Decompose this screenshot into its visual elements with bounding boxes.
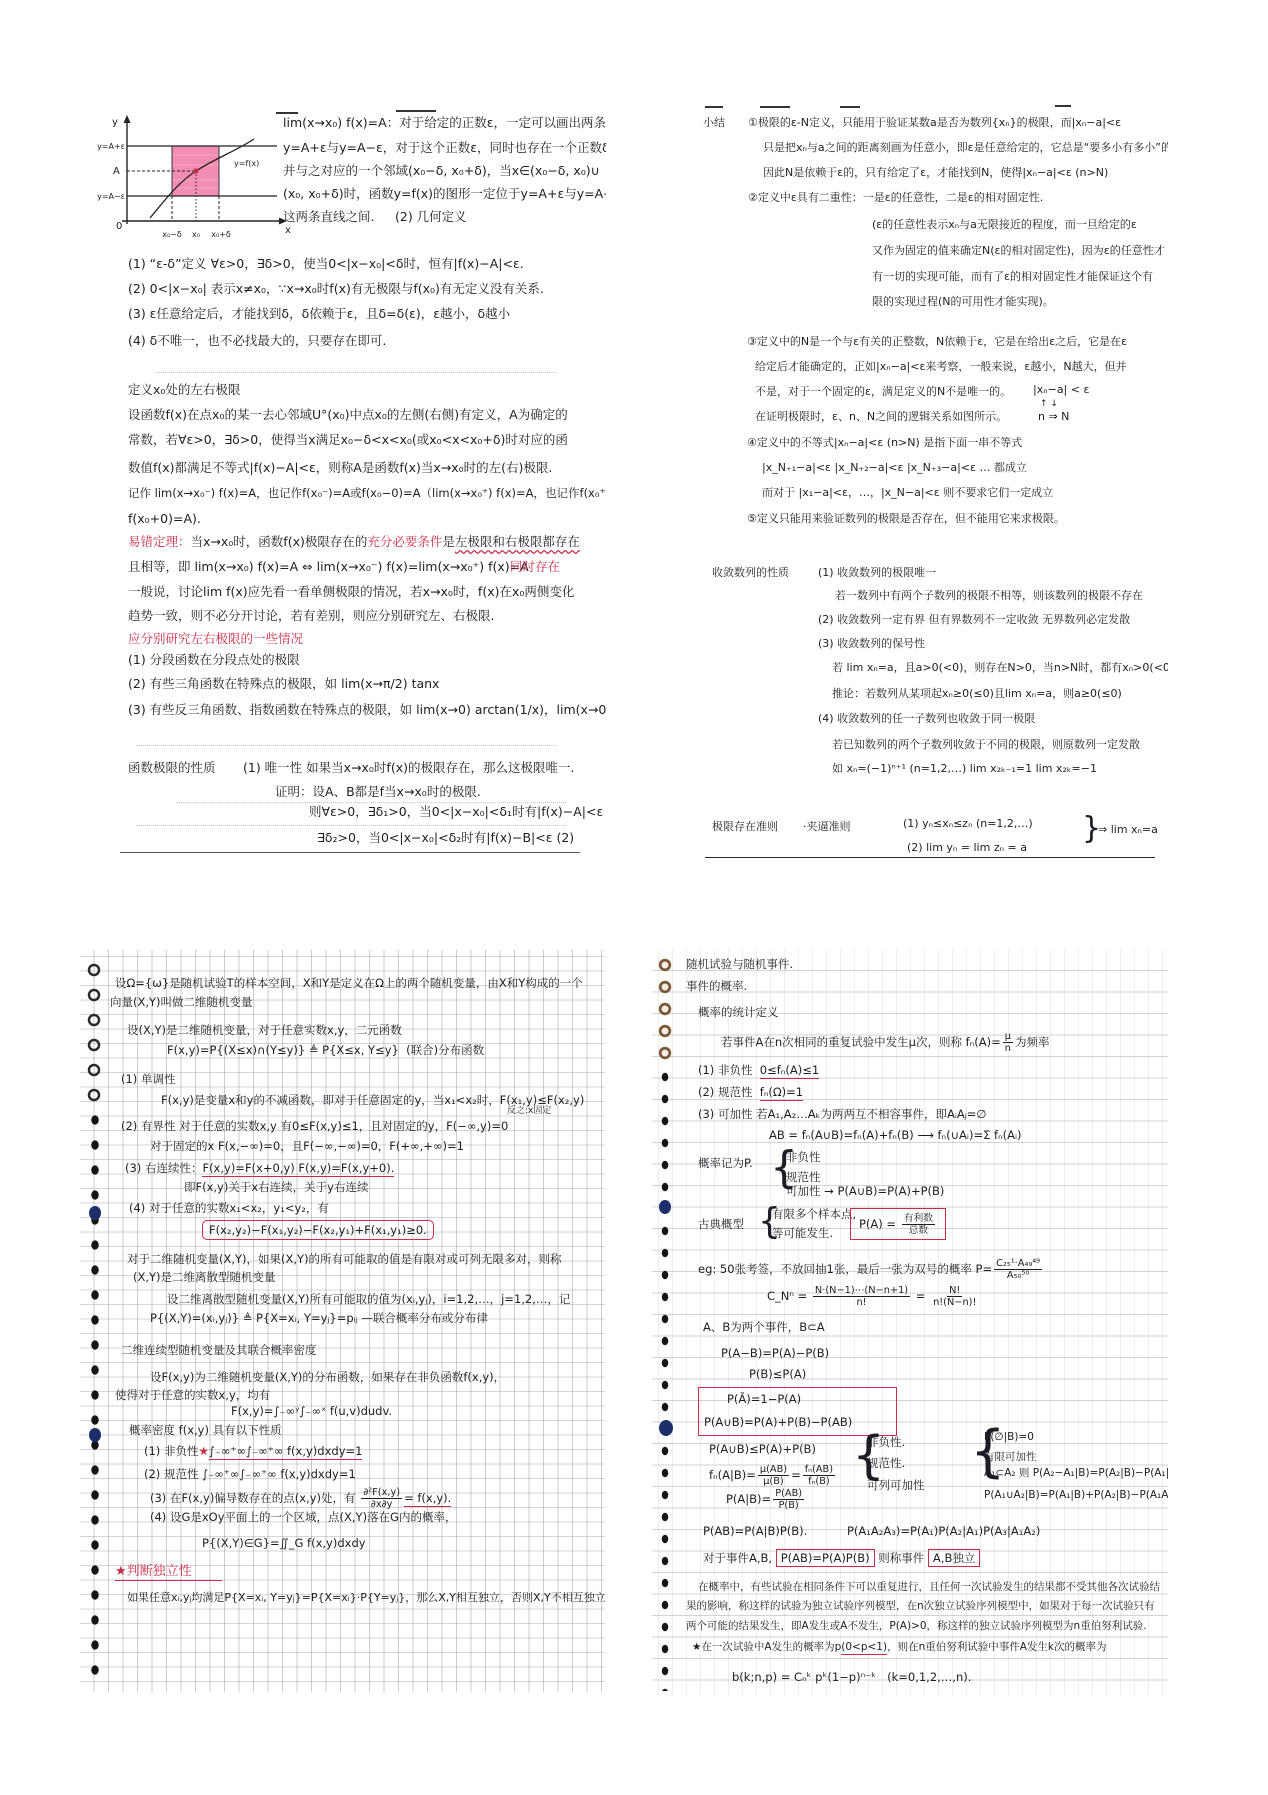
conditional-property: 可列可加性 (867, 1477, 925, 1493)
property-label: (1) 非负性 (698, 1063, 752, 1077)
proof-text: 设A、B都是f当x→x₀时的极限. (313, 784, 481, 799)
cdf-integral: F(x,y)=∫₋∞ʸ∫₋∞ˣ f(u,v)dudv. (231, 1403, 392, 1419)
additivity-formula: AB = fₙ(A∪B)=fₙ(A)+fₙ(B) ⟶ fₙ(∪Aᵢ)=Σ fₙ(… (769, 1127, 1022, 1143)
fraction-denominator: P(B) (777, 1500, 801, 1511)
bernoulli-text: ★在一次试验中A发生的概率为p (692, 1641, 841, 1653)
epsilon-delta-note: (2) 0<|x−x₀| 表示x≠x₀，∵x→x₀时f(x)有无极限与f(x₀)… (128, 281, 544, 297)
cdf-formula: F(x,y)=P{(X≤x)∩(Y≤y)} ≜ P{X≤x, Y≤y} (联合)… (167, 1042, 484, 1058)
criteria-title: 极限存在准则 (712, 819, 778, 835)
page-function-limits: y y=A+ε A y=A−ε 0 x₀−δ x₀ x₀+δ y=f(x) x … (96, 100, 606, 870)
conditional-property: 规范性. (867, 1455, 905, 1471)
limit-point (193, 168, 198, 173)
page-probability-basics: 随机试验与随机事件. 事件的概率. 概率的统计定义 若事件A在n次相同的重复试验… (652, 950, 1168, 1695)
section-title: 事件的概率. (686, 978, 747, 994)
one-sided-def-line: 数值f(x)都满足不等式|f(x)−A|<ε，则称A是函数f(x)当x→x₀时的… (128, 460, 552, 476)
summary-line: 有一切的实现可能，而有了ε的相对固定性才能保证这个有 (872, 269, 1153, 285)
combination-formula: C_Nⁿ = N·(N−1)⋯(N−n+1)n! = N!n!(N−n)! (767, 1285, 980, 1308)
star-icon: ★ (198, 1444, 208, 1458)
binding-dot-icon (89, 1206, 101, 1220)
scan-mark (760, 106, 790, 108)
property-formula: fₙ(Ω)=1 (760, 1085, 803, 1101)
logic-diagram-vars: n ⇒ N (1038, 409, 1069, 425)
properties-title: 函数极限的性质 (128, 760, 216, 776)
intro-line: 设Ω={ω}是随机试验T的样本空间，X和Y是定义在Ω上的两个随机变量，由X和Y构… (115, 975, 583, 991)
frequency-definition: 若事件A在n次相同的重复试验中发生μ次，则称 fₙ(A)=μn为频率 (721, 1031, 1049, 1054)
section-title: 随机试验与随机事件. (686, 956, 793, 972)
origin-label: 0 (116, 221, 122, 232)
summary-line: 只是把xₙ与a之间的距离刻画为任意小，即ε是任意给定的，它总是“要多小有多小”的 (763, 140, 1168, 156)
fraction-numerator: N! (947, 1285, 962, 1297)
bernoulli-line: 两个可能的结果发生，即A发生或A不发生，P(A)>0，称这样的独立试验序列模型为… (686, 1618, 1147, 1634)
monotonic-note: 反之:x固定 (507, 1103, 551, 1119)
conditional-probability: P(A|B)=P(AB)P(B) (726, 1488, 806, 1511)
geometric-def-line: y=A+ε与y=A−ε，对于这个正数ε，同时也存在一个正数δ， (283, 140, 606, 156)
binding-dot-icon (659, 1200, 671, 1214)
fraction-denominator: A₅₀⁵⁰ (1005, 1270, 1031, 1281)
scan-mark (840, 106, 860, 108)
discrete-line: 设二维离散型随机变量(X,Y)所有可能取的值为(xᵢ,yⱼ)，i=1,2,…，j… (167, 1291, 570, 1307)
case-item: (1) 分段函数在分段点处的极限 (128, 652, 300, 668)
formula-lhs: P(A) = (859, 1217, 896, 1231)
independence-definition: 对于事件A,B, P(AB)=P(A)P(B) 则称事件 A,B独立 (703, 1550, 980, 1566)
property-formula: 0≤fₙ(A)≤1 (760, 1063, 819, 1079)
rectangle-property-label: (4) 对于任意的实数x₁<x₂，y₁<y₂，有 (129, 1200, 329, 1216)
fraction-numerator: N·(N−1)⋯(N−n+1) (813, 1285, 910, 1297)
events-line: A、B为两个事件，B⊂A (703, 1319, 825, 1335)
theorem-text: 是 (442, 534, 455, 549)
squeeze-conclusion: ⇒ lim xₙ=a (1098, 822, 1158, 838)
density-property-label: (1) 非负性 (144, 1444, 198, 1458)
definition-note: 给定后才能确定的，正如|xₙ−a|<ε来考察，一般来说，ε越小，N越大，但并 (755, 359, 1127, 375)
fraction-denominator: 总数 (907, 1225, 931, 1236)
region-probability-formula: P{(X,Y)∈G}=∬_G f(x,y)dxdy (202, 1535, 366, 1551)
geometric-def-line: 这两条直线之间. (283, 209, 374, 225)
definition-note: ⑤定义只能用来验证数列的极限是否存在，但不能用它来求极限。 (747, 511, 1065, 527)
classical-fraction: 有利数总数 (902, 1213, 935, 1236)
probability-axiom: 非负性 (786, 1149, 821, 1165)
scan-mark (1055, 105, 1071, 107)
theorem-text: 当x→x₀时，函数f(x)极限存在的 (191, 534, 368, 549)
discrete-line: 对于二维随机变量(X,Y)，如果(X,Y)的所有可能取的值是有限对或可列无限多对… (127, 1251, 562, 1267)
right-continuity-formula: F(x,y)=F(x+0,y) F(x,y)=F(x,y+0). (202, 1161, 394, 1177)
bounded-line: 对于固定的x F(x,−∞)=0，且F(−∞,−∞)=0，F(+∞,+∞)=1 (150, 1138, 464, 1154)
classical-condition: 等可能发生. (772, 1225, 833, 1241)
convergent-property: (3) 收敛数列的保号性 (818, 636, 925, 652)
complement-formula: P(Ā)=1−P(A) (727, 1391, 801, 1407)
theorem-label: 易错定理： (128, 534, 191, 549)
probability-axioms-label: 概率记为P. (698, 1155, 753, 1171)
fraction-numerator: μ (1003, 1031, 1013, 1043)
right-continuity-label: (3) 右连续性： (125, 1161, 202, 1175)
fraction: fₙ(AB)fₙ(B) (803, 1464, 835, 1487)
frequency-def-text: 若事件A在n次相同的重复试验中发生μ次，则称 fₙ(A)= (721, 1035, 1001, 1049)
epsilon-delta-note: (3) ε任意给定后，才能找到δ，δ依赖于ε，且δ=δ(ε)，ε越小，δ越小 (128, 306, 510, 322)
squeeze-condition: (2) lim yₙ = lim zₙ = a (907, 840, 1027, 856)
definition-note: 在证明极限时，ε、n、N之间的逻辑关系如图所示。 (755, 409, 1007, 425)
one-sided-def-line: 记作 lim(x→x₀⁻) f(x)=A，也记作f(x₀⁻)=A或f(x₀−0)… (128, 485, 606, 501)
proof-line: ∃δ₂>0，当0<|x−x₀|<δ₂时有|f(x)−B|<ε (2) (317, 830, 574, 846)
binomial-formula: b(k;n,p) = Cₙᵏ pᵏ(1−p)ⁿ⁻ᵏ (k=0,1,2,…,n). (732, 1669, 971, 1685)
classical-condition: 有限多个样本点, (772, 1206, 856, 1222)
dotted-separator (136, 745, 556, 746)
bernoulli-star-line: ★在一次试验中A发生的概率为p(0<p<1)，则在n重伯努利试验中事件A发生k次… (692, 1639, 1107, 1655)
one-sided-def-line: 常数，若∀ε>0，∃δ>0，使得当x满足x₀−δ<x<x₀(或x₀<x<x₀+δ… (128, 432, 568, 448)
uniqueness-property: (1) 唯一性 如果当x→x₀时f(x)的极限存在，那么这极限唯一. (243, 760, 574, 776)
fraction-numerator: μ(AB) (758, 1464, 789, 1476)
fraction-numerator: fₙ(AB) (803, 1464, 835, 1476)
independence-conclusion: A,B独立 (928, 1549, 980, 1567)
classical-model-label: 古典概型 (698, 1216, 744, 1232)
upper-bound-label: y=A+ε (97, 142, 125, 151)
frequency-property: (2) 规范性 fₙ(Ω)=1 (698, 1084, 803, 1100)
convergent-property: 若一数列中有两个子数列的极限不相等，则该数列的极限不存在 (835, 588, 1143, 604)
property-formula: 若A₁,A₂…Aₖ为两两互不相容事件，即AᵢAⱼ=∅ (756, 1107, 986, 1121)
cases-title: 应分别研究左右极限的一些情况 (128, 631, 303, 647)
independence-text: 则称事件 (875, 1551, 928, 1565)
squeeze-condition: (1) yₙ≤xₙ≤zₙ (n=1,2,…) (903, 816, 1033, 832)
one-sided-def-line: f(x₀+0)=A). (128, 511, 201, 527)
example-line: eg: 50张考签，不放回抽1张，最后一张为双号的概率 P=C₂₅¹·A₄₉⁴⁹… (698, 1258, 1044, 1281)
fraction-denominator: fₙ(B) (806, 1476, 832, 1487)
limit-value-label: A (113, 166, 120, 177)
definition-note: ④定义中的不等式|xₙ−a|<ε (n>N) 是指下面一串不等式 (747, 435, 1022, 451)
squeeze-theorem-name: ·夹逼准则 (803, 819, 851, 835)
scan-mark (705, 106, 723, 108)
definition-note: 不是，对于一个固定的ε，满足定义的N不是唯一的。 (755, 384, 1011, 400)
continuous-line: 使得对于任意的实数x,y，均有 (115, 1387, 270, 1403)
conditional-rule: P(A₁∪A₂|B)=P(A₁|B)+P(A₂|B)−P(A₁A₂|B) (984, 1487, 1168, 1503)
proof-label: 证明： (275, 784, 313, 799)
x0-label: x₀ (192, 230, 200, 239)
theorem-wavy-emphasis: 左极限和右极限都存在 (455, 534, 580, 549)
fraction-denominator: n!(N−n)! (931, 1297, 978, 1308)
combination-fraction: N!n!(N−n)! (931, 1285, 978, 1308)
spiral-binding-icon (655, 954, 675, 1066)
bernoulli-line: 在概率中，有些试验在相同条件下可以重复进行，且任何一次试验发生的结果都不受其他各… (698, 1579, 1160, 1595)
definition-note: 而对于 |x₁−a|<ε，…，|x_N−a|<ε 则不要求它们一定成立 (762, 485, 1053, 501)
binomial-formula-text: b(k;n,p) = Cₙᵏ pᵏ(1−p)ⁿ⁻ᵏ (732, 1670, 876, 1684)
theorem-key-condition: 充分必要条件 (367, 534, 442, 549)
summary-label: 小结 (703, 115, 725, 131)
partial-derivative-fraction: ∂²F(x,y)∂x∂y (361, 1487, 402, 1510)
binding-holes-icon (656, 1066, 674, 1691)
conditional-rule: P(∅|B)=0 (984, 1429, 1034, 1445)
convergent-property: 若 lim xₙ=a，且a>0(<0)，则存在N>0，当n>N时，都有xₙ>0(… (832, 660, 1168, 676)
curve-label: y=f(x) (234, 159, 259, 168)
conditional-rule: A₁⊂A₂ 则 P(A₂−A₁|B)=P(A₂|B)−P(A₁|B) (984, 1465, 1168, 1481)
binomial-range: (k=0,1,2,…,n). (887, 1670, 971, 1684)
probability-axiom: 可加性 → P(A∪B)=P(A)+P(B) (786, 1183, 944, 1199)
independence-title: ★判断独立性 (115, 1564, 222, 1581)
right-continuity-explanation: 即F(x,y)关于x右连续，关于y右连续 (184, 1179, 368, 1195)
discussion-line: 一般说，讨论lim f(x)应先看一看单侧极限的情况，若x→x₀时，f(x)在x… (128, 584, 574, 600)
bounded-line: (2) 有界性 对于任意的实数x,y 有0≤F(x,y)≤1，且对固定的y，F(… (121, 1118, 508, 1134)
density-property: (1) 非负性★∫₋∞⁺∞∫₋∞⁺∞ f(x,y)dxdy=1 (144, 1443, 362, 1459)
multiplication-rule: P(A₁A₂A₃)=P(A₁)P(A₂|A₁)P(A₃|A₁A₂) (847, 1523, 1040, 1539)
convergent-property: (2) 收敛数列一定有界 但有界数列不一定收敛 无界数列必定发散 (818, 612, 1130, 628)
x-left-label: x₀−δ (162, 230, 182, 239)
property-label: (2) 规范性 (698, 1085, 752, 1099)
definition-note: |x_N₊₁−a|<ε |x_N₊₂−a|<ε |x_N₊₃−a|<ε … 都成… (762, 460, 1027, 476)
fraction-numerator: P(AB) (773, 1488, 804, 1500)
conditional-frequency: fₙ(A|B)=μ(AB)μ(B)=fₙ(AB)fₙ(B) (709, 1464, 837, 1487)
spiral-binding-icon (84, 958, 104, 1108)
y-axis-label: y (112, 117, 118, 128)
cdf-intro: 设(X,Y)是二维随机变量，对于任意实数x,y，二元函数 (127, 1022, 402, 1038)
formula-lhs: fₙ(A|B)= (709, 1468, 756, 1482)
bernoulli-text: ，则在n重伯努利试验中事件A发生k次的概率为 (887, 1641, 1106, 1653)
fraction-denominator: μ(B) (761, 1476, 786, 1487)
one-sided-limit-title: 定义x₀处的左右极限 (128, 382, 240, 398)
binding-dot-icon (659, 1420, 673, 1436)
summary-line: ①极限的ε-N定义，只能用于验证某数a是否为数列{xₙ}的极限，而|xₙ−a|<… (748, 115, 1121, 131)
summary-line: 限的实现过程(N的可用性才能实现)。 (872, 294, 1054, 310)
frequency-property: (1) 非负性 0≤fₙ(A)≤1 (698, 1062, 819, 1078)
proof-line: 则∀ε>0，∃δ₁>0，当0<|x−x₀|<δ₁时有|f(x)−A|<ε (1) (309, 804, 606, 820)
conditional-rule: 有限可加性 (984, 1449, 1037, 1465)
page-bottom-rule (705, 857, 1155, 858)
lower-bound-label: y=A−ε (97, 192, 125, 201)
intro-line: 向量(X,Y)叫做二维随机变量 (110, 994, 253, 1010)
frequency-fraction: μn (1003, 1031, 1013, 1054)
dotted-separator (176, 802, 566, 803)
right-continuity: (3) 右连续性：F(x,y)=F(x+0,y) F(x,y)=F(x,y+0)… (125, 1160, 394, 1176)
rectangle-property-formula: F(x₂,y₂)−F(x₁,y₂)−F(x₂,y₁)+F(x₁,y₁)≥0. (202, 1220, 434, 1240)
union-inequality: P(A∪B)≤P(A)+P(B) (709, 1441, 816, 1457)
formula-lhs: P(A|B)= (726, 1492, 771, 1506)
binding-holes-icon (86, 1108, 104, 1688)
geometric-def-line: lim(x→x₀) f(x)=A：对于给定的正数ε，一定可以画出两条直线 (283, 115, 606, 131)
geometric-def-tag: (2) 几何定义 (395, 209, 467, 225)
summary-line: 因此N是依赖于ε的，只有给定了ε，才能找到N，使得|xₙ−a|<ε (n>N) (763, 165, 1108, 181)
continuous-title: 二维连续型随机变量及其联合概率密度 (121, 1342, 317, 1358)
summary-line: ②定义中ε具有二重性：一是ε的任意性，二是ε的相对固定性. (748, 190, 1043, 206)
geometric-def-line: 并与之对应的一个邻域(x₀−δ, x₀+δ)，当x∈(x₀−δ, x₀)∪ (283, 163, 600, 179)
property-title: (1) 单调性 (121, 1071, 175, 1087)
continuous-line: 设F(x,y)为二维随机变量(X,Y)的分布函数，如果存在非负函数f(x,y)， (150, 1369, 505, 1385)
x-axis-label: x (285, 225, 291, 236)
density-property: (3) 在F(x,y)偏导数存在的点(x,y)处，有 ∂²F(x,y)∂x∂y=… (150, 1487, 451, 1510)
dotted-separator (156, 372, 556, 373)
density-property-formula: = f(x,y). (404, 1491, 451, 1507)
theorem-line: 且相等，即 lim(x→x₀) f(x)=A ⇔ lim(x→x₀⁻) f(x)… (128, 559, 529, 575)
epsilon-delta-note: (1) “ε-δ”定义 ∀ε>0，∃δ>0，使当0<|x−x₀|<δ时，恒有|f… (128, 256, 524, 272)
limit-geometric-graph: y y=A+ε A y=A−ε 0 x₀−δ x₀ x₀+δ y=f(x) x (96, 100, 296, 250)
bernoulli-line: 果的影响，称这样的试验为独立试验序列模型，在n次独立试验序列模型中，如果对于每一… (686, 1598, 1155, 1614)
union-formula: P(A∪B)=P(A)+P(B)−P(AB) (704, 1414, 852, 1430)
monotone-formula: P(B)≤P(A) (749, 1366, 806, 1382)
page-bivariate-random-variables: 设Ω={ω}是随机试验T的样本空间，X和Y是定义在Ω上的两个随机变量，由X和Y构… (80, 950, 605, 1692)
convergent-property: 推论：若数列从某项起xₙ≥0(≤0)且lim xₙ=a，则a≥0(≤0) (832, 686, 1122, 702)
convergent-property: 如 xₙ=(−1)ⁿ⁺¹ (n=1,2,…) lim x₂ₖ₋₁=1 lim x… (832, 761, 1097, 777)
classical-probability-formula: P(A) = 有利数总数 (850, 1208, 946, 1240)
property-label: (3) 可加性 (698, 1107, 752, 1121)
fraction-numerator: 有利数 (902, 1213, 935, 1225)
geometric-def-line: (x₀, x₀+δ)时，函数y=f(x)的图形一定位于y=A+ε与y=A−ε (283, 186, 606, 202)
fraction-numerator: C₂₅¹·A₄₉⁴⁹ (994, 1258, 1042, 1270)
frequency-def-text: 为频率 (1015, 1035, 1050, 1049)
independence-text: 如果任意xᵢ,yⱼ均满足P{X=xᵢ, Y=yⱼ}=P{X=xᵢ}·P{Y=yⱼ… (127, 1590, 605, 1606)
cdf-name: (联合)分布函数 (406, 1043, 484, 1057)
margin-note: 同时存在 (510, 559, 560, 575)
page-sequence-limits: 小结 ①极限的ε-N定义，只能用于验证某数a是否为数列{xₙ}的极限，而|xₙ−… (700, 100, 1168, 870)
case-item: (2) 有些三角函数在特殊点的极限，如 lim(x→π/2) tanx (128, 676, 439, 692)
fraction-numerator: ∂²F(x,y) (361, 1487, 402, 1499)
frequency-property: (3) 可加性 若A₁,A₂…Aₖ为两两互不相容事件，即AᵢAⱼ=∅ (698, 1106, 986, 1122)
page-bottom-rule (120, 852, 580, 853)
subsection-title: 概率的统计定义 (698, 1004, 779, 1020)
density-property: (2) 规范性 ∫₋∞⁺∞∫₋∞⁺∞ f(x,y)dxdy=1 (144, 1466, 356, 1482)
fraction: μ(AB)μ(B) (758, 1464, 789, 1487)
definition-note: ③定义中的N是一个与ε有关的正整数，N依赖于ε，它是在给出ε之后，它是在ε (747, 334, 1127, 350)
epsilon-delta-note: (4) δ不唯一，也不必找最大的，只要存在即可. (128, 333, 386, 349)
binding-dot-icon (89, 1428, 101, 1442)
fraction: P(AB)P(B) (773, 1488, 804, 1511)
convergent-property: 若已知数列的两个子数列收敛于不同的极限，则原数列一定发散 (832, 737, 1140, 753)
combination-fraction: N·(N−1)⋯(N−n+1)n! (813, 1285, 910, 1308)
convergent-properties-title: 收敛数列的性质 (712, 565, 789, 581)
equals-sign: = (916, 1289, 926, 1303)
x-right-label: x₀+δ (211, 230, 231, 239)
conditional-property: 非负性. (867, 1434, 905, 1450)
dotted-separator (136, 825, 566, 826)
density-property-label: (3) 在F(x,y)偏导数存在的点(x,y)处，有 (150, 1491, 356, 1505)
independence-formula: P(AB)=P(A)P(B) (776, 1549, 875, 1567)
proof-line: 证明：设A、B都是f当x→x₀时的极限. (275, 784, 481, 800)
convergent-property: (1) 收敛数列的极限唯一 (818, 565, 936, 581)
limit-existence-theorem: 易错定理：当x→x₀时，函数f(x)极限存在的充分必要条件是左极限和右极限都存在 (128, 534, 580, 550)
difference-formula: P(A−B)=P(A)−P(B) (721, 1345, 829, 1361)
summary-line: 又作为固定的值来确定N(ε的相对固定性)，因为ε的任意性才 (872, 243, 1165, 259)
density-title: 概率密度 f(x,y) 具有以下性质 (129, 1422, 282, 1438)
fraction-denominator: n (1003, 1043, 1013, 1054)
fraction-denominator: n! (854, 1297, 868, 1308)
convergent-property: (4) 收敛数列的任一子数列也收敛于同一极限 (818, 711, 1035, 727)
case-item: (3) 有些反三角函数、指数函数在特殊点的极限，如 lim(x→0) arcta… (128, 702, 606, 718)
discussion-line: 趋势一致，则不必分开讨论，若有差别，则应分别研究左、右极限. (128, 608, 494, 624)
cdf-formula-text: F(x,y)=P{(X≤x)∩(Y≤y)} ≜ P{X≤x, Y≤y} (167, 1043, 399, 1057)
bernoulli-condition: (0<p<1) (841, 1641, 887, 1655)
example-fraction: C₂₅¹·A₄₉⁴⁹A₅₀⁵⁰ (994, 1258, 1042, 1281)
density-property-formula: ∫₋∞⁺∞∫₋∞⁺∞ f(x,y)dxdy=1 (209, 1444, 363, 1460)
discrete-line: (X,Y)是二维离散型随机变量 (133, 1269, 276, 1285)
one-sided-def-line: 设函数f(x)在点x₀的某一去心邻域U°(x₀)中点x₀的左侧(右侧)有定义，A… (128, 407, 568, 423)
discrete-line: P{(X,Y)=(xᵢ,yⱼ)} ≜ P{X=xᵢ, Y=yⱼ}=pᵢⱼ —联合… (150, 1310, 488, 1326)
summary-line: (ε的任意性表示xₙ与a无限接近的程度，而一旦给定的ε (872, 217, 1137, 233)
independence-text: 对于事件A,B, (703, 1551, 776, 1565)
scan-mark (396, 110, 436, 112)
density-property: (4) 设G是xOy平面上的一个区域，点(X,Y)落在G内的概率， (150, 1509, 456, 1525)
multiplication-rule: P(AB)=P(A|B)P(B). (703, 1523, 807, 1539)
formula-lhs: C_Nⁿ = (767, 1289, 807, 1303)
scan-mark (276, 112, 298, 114)
example-text: eg: 50张考签，不放回抽1张，最后一张为双号的概率 P= (698, 1262, 992, 1276)
